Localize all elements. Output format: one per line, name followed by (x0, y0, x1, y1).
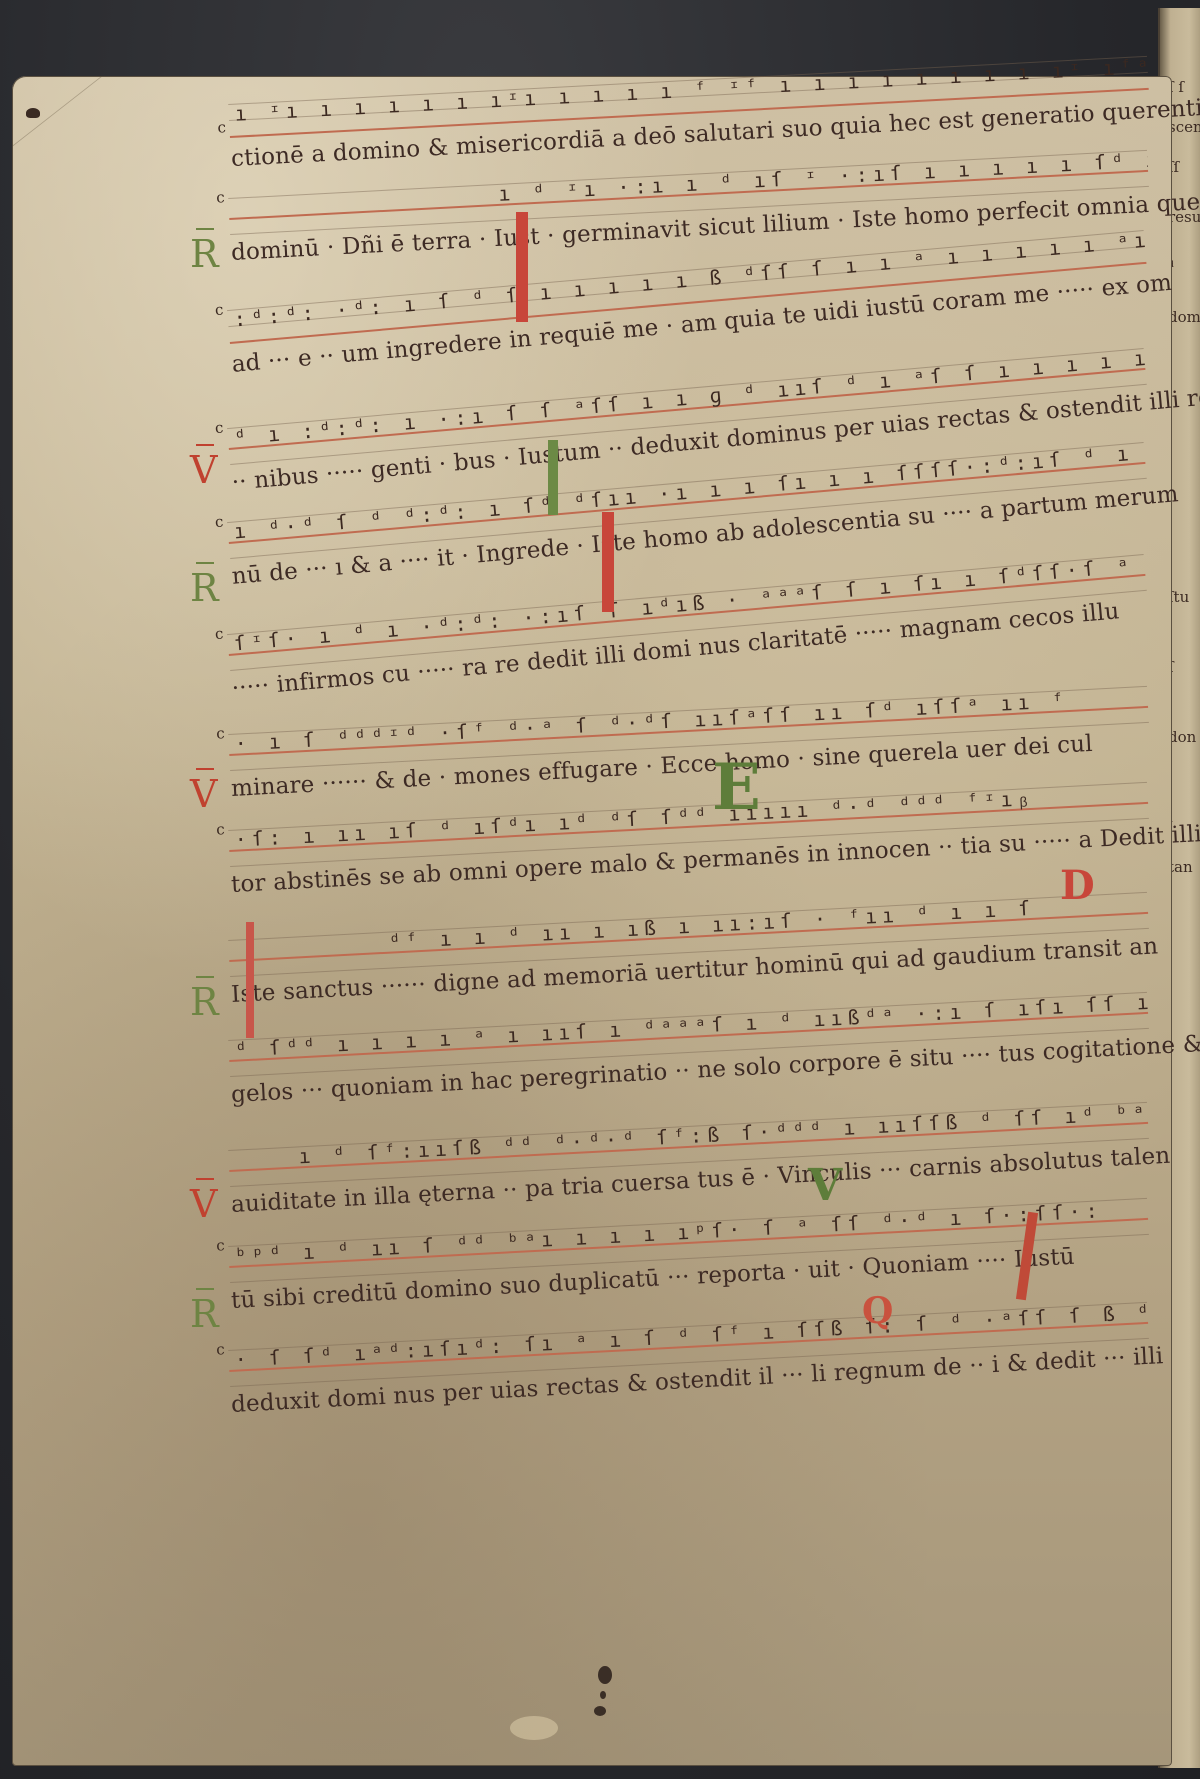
verse-rubric: V (190, 448, 217, 492)
leaf-fragment: ſ (1168, 658, 1200, 676)
c-clef: c (216, 1340, 225, 1358)
c-clef: c (216, 1236, 225, 1254)
c-clef: c (216, 724, 225, 742)
leaf-fragment: ᵈ (1168, 258, 1200, 276)
responsory-rubric: R (190, 1292, 219, 1336)
ink-blot-icon (26, 108, 40, 118)
leaf-fragment: ſ ſ (1168, 78, 1200, 96)
c-clef: c (214, 624, 224, 643)
c-clef: c (216, 188, 225, 206)
c-clef: c (214, 418, 224, 437)
initial-E-green: E (712, 758, 761, 818)
verse-rubric: V (190, 772, 217, 816)
initial-I-green (548, 440, 558, 515)
initial-I-red (246, 922, 254, 1038)
c-clef: c (214, 512, 224, 531)
initial-Q-red: Q (862, 1290, 893, 1332)
leaf-fragment: dom (1168, 308, 1200, 326)
leaf-fragment: don (1168, 728, 1200, 746)
c-clef: c (217, 118, 226, 136)
leaf-fragment: ſtu (1168, 588, 1200, 606)
c-clef: c (216, 820, 225, 838)
responsory-rubric: R (190, 980, 219, 1024)
responsory-rubric: R (190, 566, 219, 610)
parchment-stain (510, 1716, 558, 1740)
leaf-fragment: ſſ (1168, 158, 1200, 176)
verse-rubric: V (190, 1182, 217, 1226)
c-clef: c (214, 300, 224, 319)
initial-I-red (516, 212, 528, 322)
leaf-fragment: tan (1168, 858, 1200, 876)
initial-D-red: D (1060, 862, 1095, 909)
responsory-rubric: R (190, 232, 219, 276)
initial-I-red (602, 512, 614, 612)
initial-V-green: V (808, 1160, 842, 1211)
